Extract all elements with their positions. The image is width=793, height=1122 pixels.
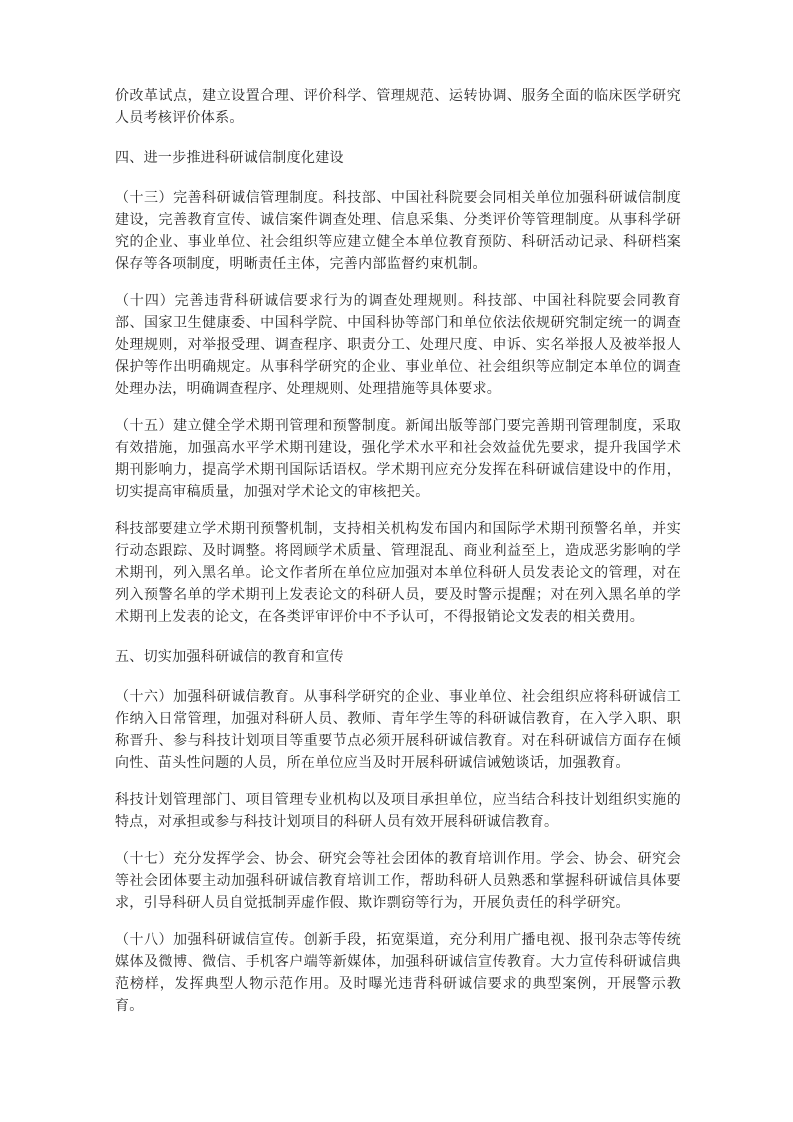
document-content: 价改革试点，建立设置合理、评价科学、管理规范、运转协调、服务全面的临床医学研究人…: [115, 86, 681, 1033]
paragraph-item-15: （十五）建立健全学术期刊管理和预警制度。新闻出版等部门要完善期刊管理制度，采取有…: [115, 416, 681, 504]
section-heading-5: 五、切实加强科研诚信的教育和宣传: [115, 647, 681, 669]
document-page: 价改革试点，建立设置合理、评价科学、管理规范、运转协调、服务全面的临床医学研究人…: [0, 0, 793, 1122]
paragraph-continuation: 价改革试点，建立设置合理、评价科学、管理规范、运转协调、服务全面的临床医学研究人…: [115, 86, 681, 130]
paragraph-item-16: （十六）加强科研诚信教育。从事科学研究的企业、事业单位、社会组织应将科研诚信工作…: [115, 687, 681, 775]
paragraph-journal-warning: 科技部要建立学术期刊预警机制，支持相关机构发布国内和国际学术期刊预警名单，并实行…: [115, 519, 681, 629]
paragraph-program-education: 科技计划管理部门、项目管理专业机构以及项目承担单位，应当结合科技计划组织实施的特…: [115, 790, 681, 834]
section-heading-4: 四、进一步推进科研诚信制度化建设: [115, 148, 681, 170]
paragraph-item-18: （十八）加强科研诚信宣传。创新手段，拓宽渠道，充分利用广播电视、报刊杂志等传统媒…: [115, 930, 681, 1018]
paragraph-item-13: （十三）完善科研诚信管理制度。科技部、中国社科院要会同相关单位加强科研诚信制度建…: [115, 188, 681, 276]
paragraph-item-14: （十四）完善违背科研诚信要求行为的调查处理规则。科技部、中国社科院要会同教育部、…: [115, 291, 681, 401]
paragraph-item-17: （十七）充分发挥学会、协会、研究会等社会团体的教育培训作用。学会、协会、研究会等…: [115, 849, 681, 915]
